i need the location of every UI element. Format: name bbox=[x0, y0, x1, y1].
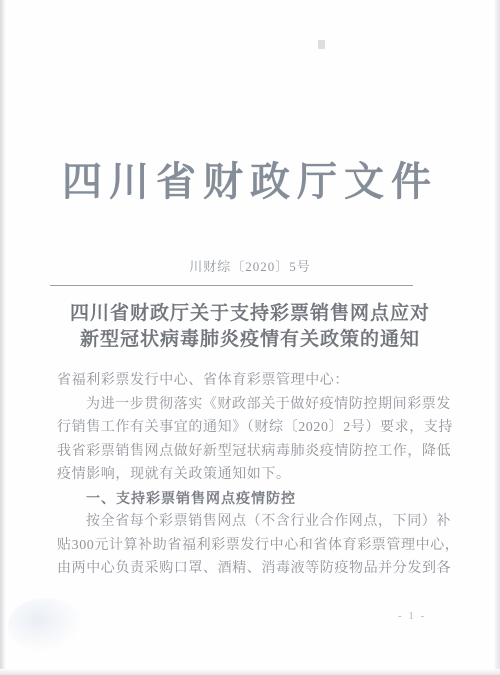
body-line: 我省彩票销售网点做好新型冠状病毒肺炎疫情防控工作，降低 bbox=[57, 440, 461, 464]
document-body: 省福利彩票发行中心、省体育彩票管理中心： 为进一步贯彻落实《财政部关于做好疫情防… bbox=[57, 369, 461, 581]
document-number: 川财综〔2020〕5号 bbox=[0, 256, 500, 275]
body-line: 由两中心负责采购口罩、酒精、消毒液等防疫物品并分发到各 bbox=[57, 557, 461, 581]
letterhead-divider-line bbox=[50, 285, 413, 286]
body-line: 贴300元计算补助省福利彩票发行中心和省体育彩票管理中心， bbox=[57, 534, 461, 558]
section-heading: 一、支持彩票销售网点疫情防控 bbox=[57, 487, 461, 511]
letterhead-title: 四川省财政厅文件 bbox=[0, 150, 500, 207]
document-title-line-2: 新型冠状病毒肺炎疫情有关政策的通知 bbox=[0, 327, 500, 353]
salutation-line: 省福利彩票发行中心、省体育彩票管理中心： bbox=[57, 369, 461, 393]
document-title: 四川省财政厅关于支持彩票销售网点应对 新型冠状病毒肺炎疫情有关政策的通知 bbox=[0, 301, 500, 353]
body-line: 为进一步贯彻落实《财政部关于做好疫情防控期间彩票发 bbox=[57, 393, 461, 417]
scan-smudge bbox=[8, 598, 83, 653]
body-line: 按全省每个彩票销售网点（不含行业合作网点，下同）补 bbox=[57, 510, 461, 534]
document-title-line-1: 四川省财政厅关于支持彩票销售网点应对 bbox=[0, 301, 500, 327]
body-line: 疫情影响，现就有关政策通知如下。 bbox=[57, 463, 461, 487]
body-line: 行销售工作有关事宜的通知》（财综〔2020〕2号）要求，支持 bbox=[57, 416, 461, 440]
scan-edge-bottom bbox=[0, 669, 500, 675]
page-number: - 1 - bbox=[398, 610, 426, 622]
scan-artifact-mark bbox=[318, 40, 325, 49]
scanned-document-page: 四川省财政厅文件 川财综〔2020〕5号 四川省财政厅关于支持彩票销售网点应对 … bbox=[0, 0, 500, 675]
